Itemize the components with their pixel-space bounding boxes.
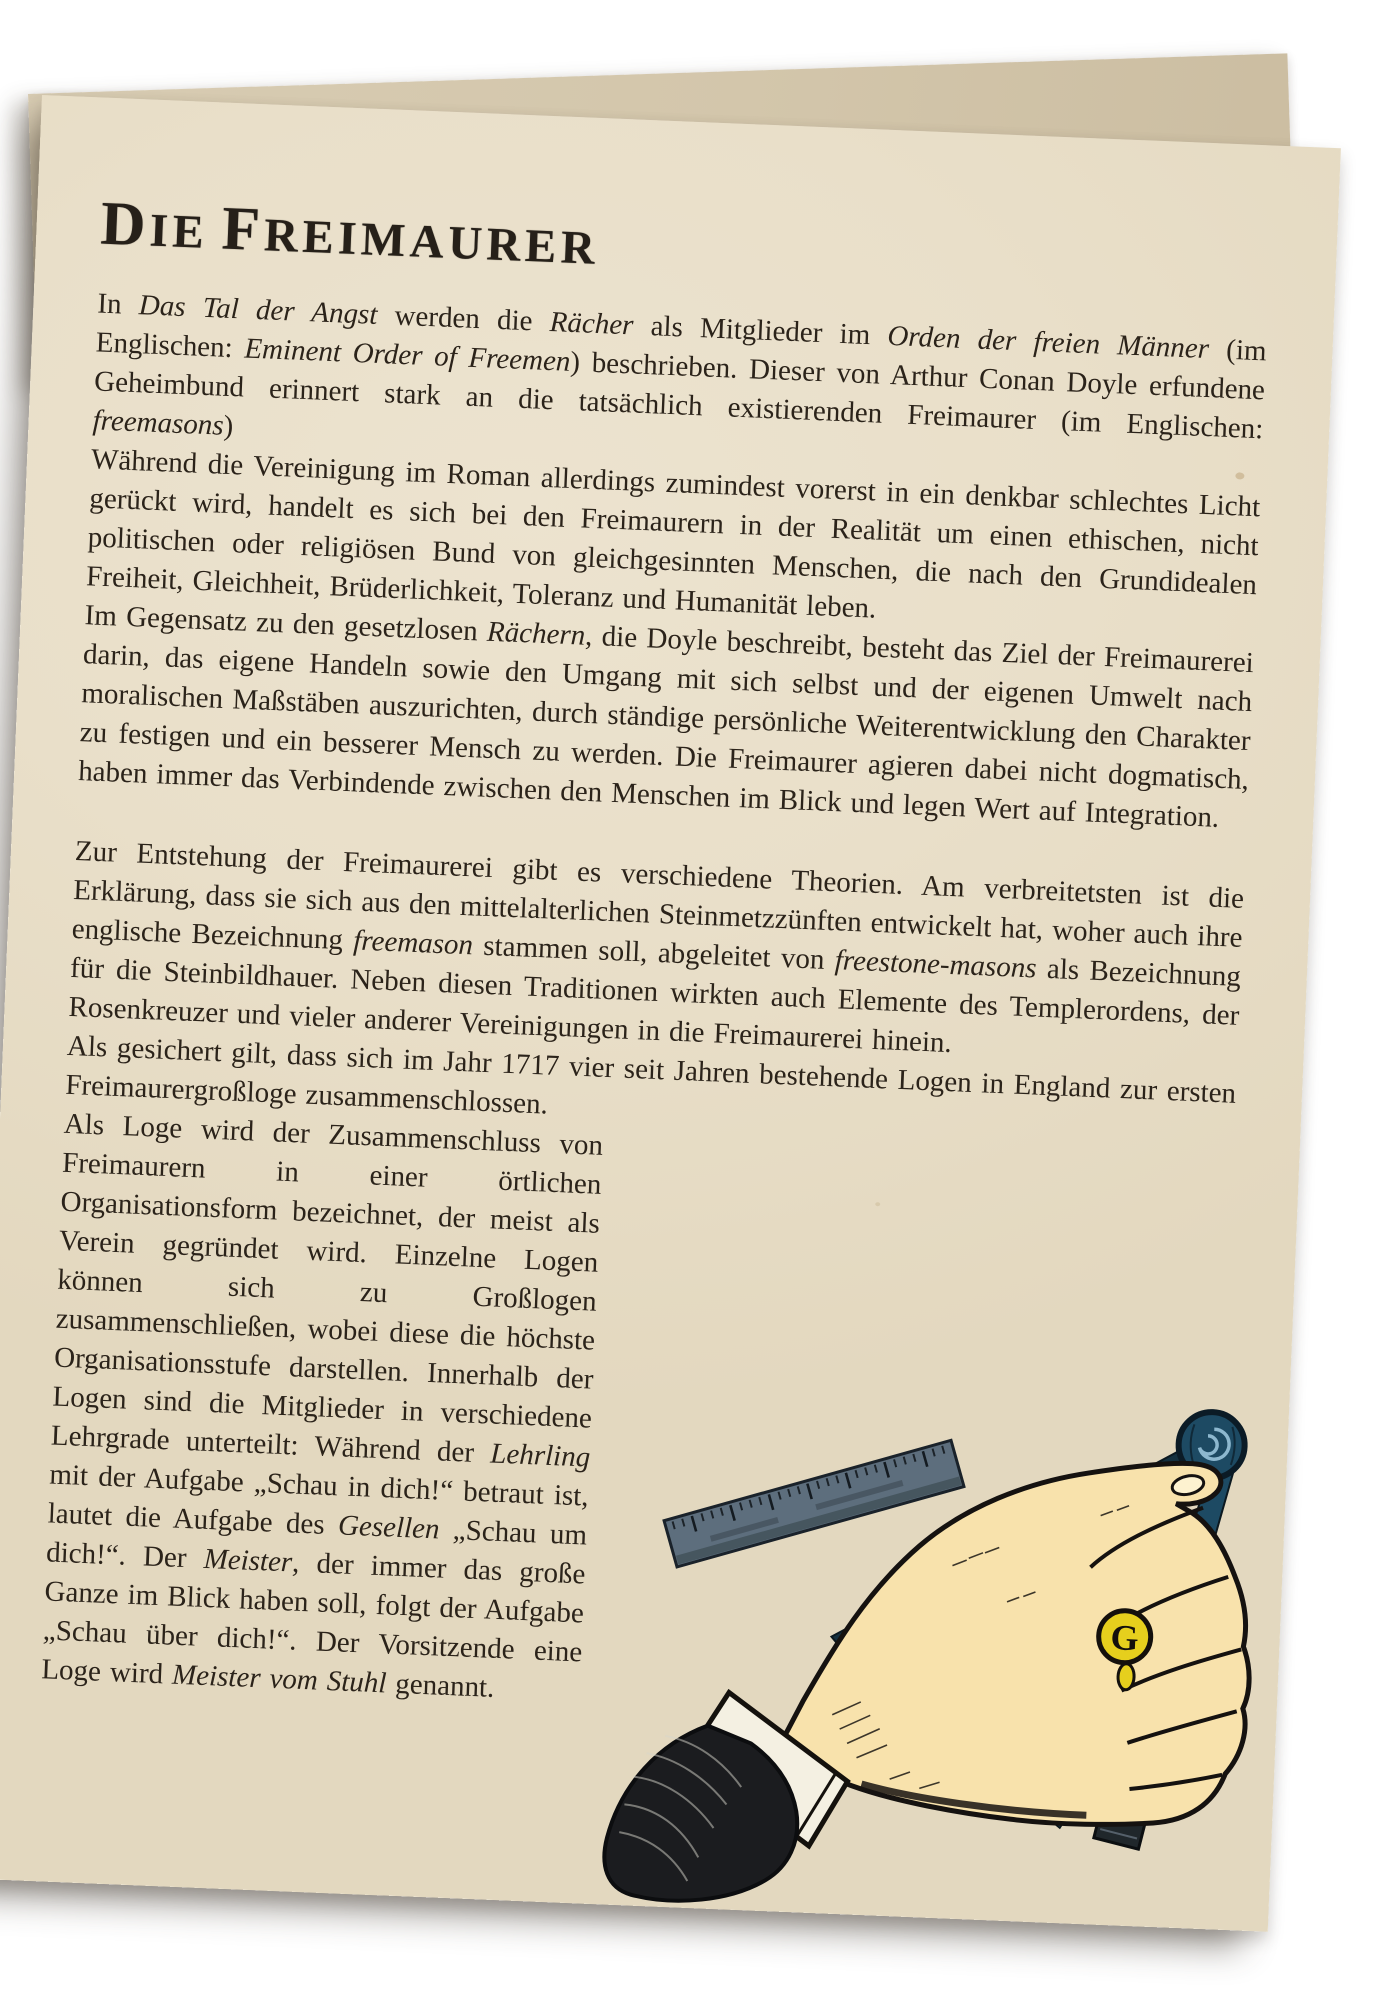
title-initial: F <box>221 195 266 265</box>
masonic-hand-illustration: G <box>524 1373 1285 1932</box>
page-title: DIEFREIMAURER <box>100 193 1272 303</box>
greeting-card-front: DIEFREIMAURER In Das Tal der Angst werde… <box>0 95 1341 1932</box>
title-word: FREIMAURER <box>221 220 600 271</box>
paragraph-lodges-text: Als Loge wird der Zusammenschluss von Fr… <box>41 1108 604 1704</box>
title-initial: D <box>99 190 151 260</box>
paper-stain <box>875 1202 880 1206</box>
title-rest: IE <box>149 205 210 259</box>
ring-letter: G <box>1110 1617 1140 1658</box>
title-rest: REIMAURER <box>263 209 600 275</box>
photo-background: DIEFREIMAURER In Das Tal der Angst werde… <box>0 0 1398 2000</box>
title-word: DIE <box>100 215 209 255</box>
